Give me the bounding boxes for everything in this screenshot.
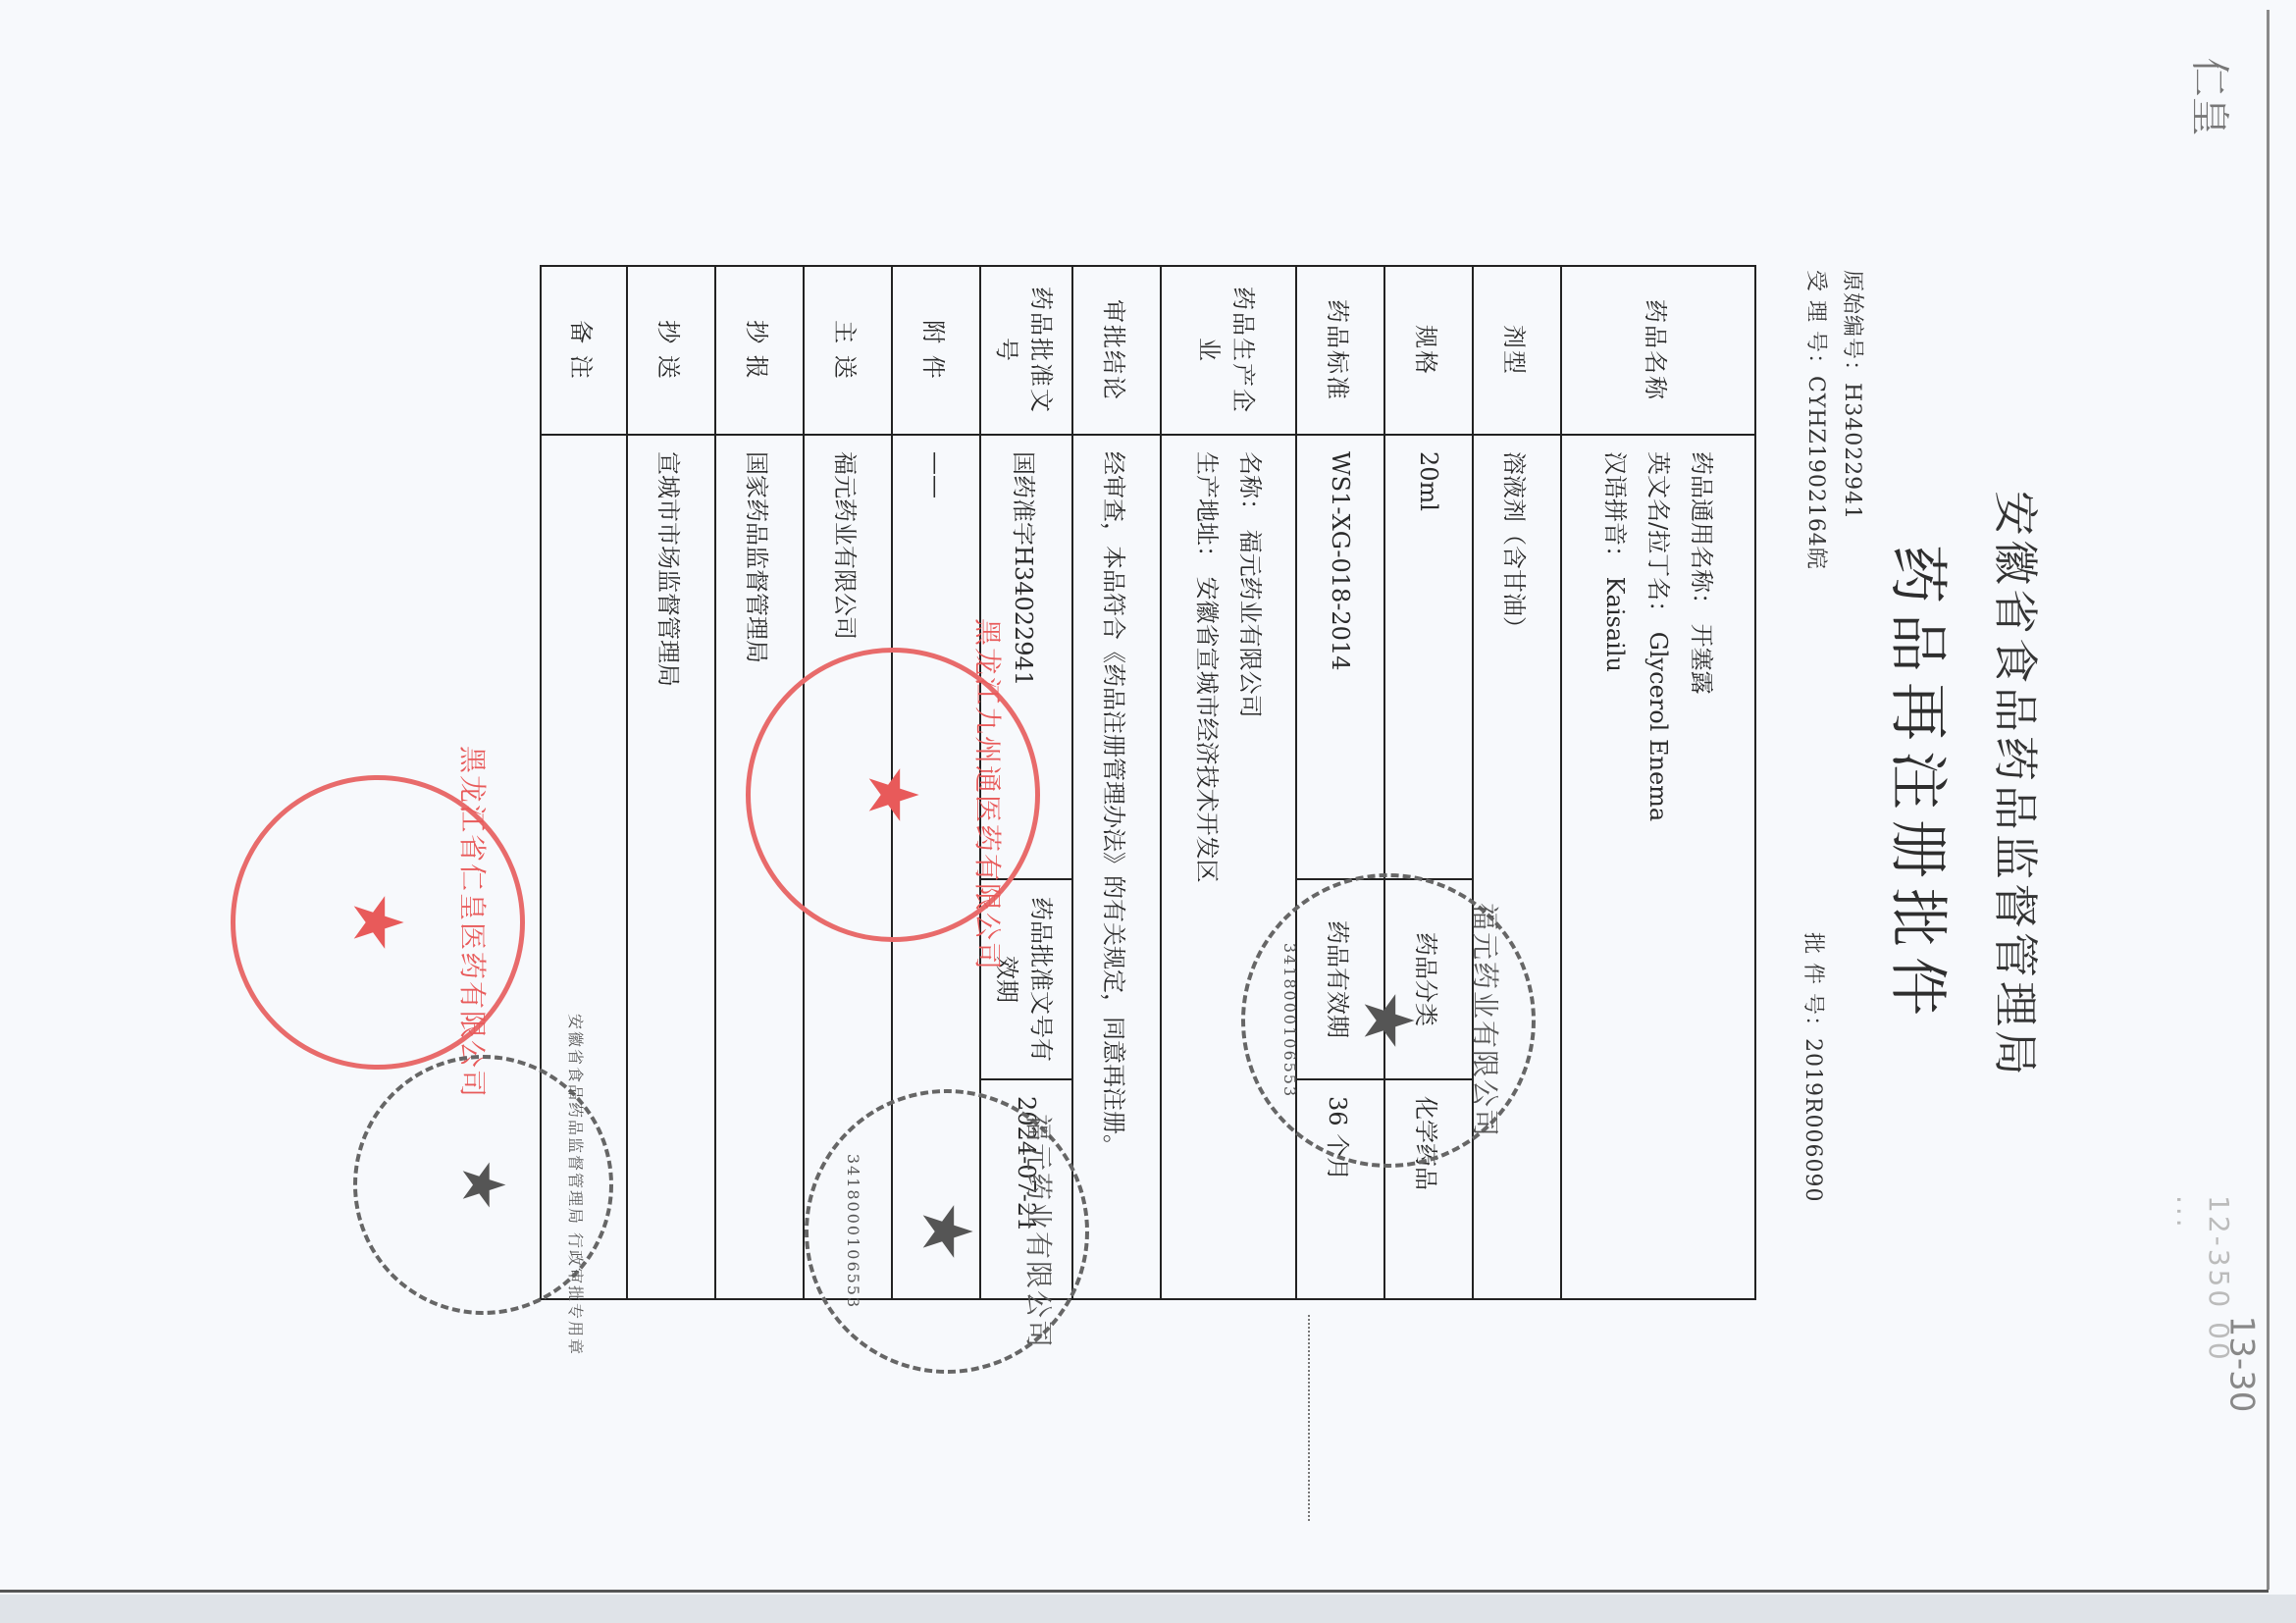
acceptance-number-label: 受 理 号： — [1803, 270, 1828, 376]
approval-table: 药品名称 药品通用名称： 开塞露 英文名/拉丁名： Glycerol Enema… — [540, 265, 1756, 1300]
cell-label: 附 件 — [892, 266, 980, 435]
row-dosage-form: 剂型 溶液剂（含甘油） — [1473, 266, 1561, 1299]
cell-label: 备 注 — [541, 266, 627, 435]
stamp-text: 福元药业有限公司 — [1467, 903, 1506, 1138]
renhuang-stamp: ★ 黑龙江省仁皇医药有限公司 — [231, 775, 525, 1070]
cell-label: 药品标准 — [1296, 266, 1384, 435]
generic-name: 药品通用名称： 开塞露 — [1680, 451, 1723, 1283]
cell-value: WS1-XG-018-2014 — [1296, 435, 1384, 879]
row-copy-to: 抄 送 宣城市市场监督管理局 — [627, 266, 715, 1299]
manufacturer-name: 名称： 福元药业有限公司 — [1228, 451, 1272, 1283]
row-manufacturer: 药品生产企业 名称： 福元药业有限公司 生产地址： 安徽省宣城市经济技术开发区 — [1161, 266, 1296, 1299]
cell-value: 药品通用名称： 开塞露 英文名/拉丁名： Glycerol Enema 汉语拼音… — [1561, 435, 1755, 1299]
approval-number-label: 批 件 号： — [1800, 932, 1825, 1038]
scan-margin — [0, 1595, 2296, 1623]
cell-label: 抄 送 — [627, 266, 715, 435]
issuing-agency: 安徽省食品药品监督管理局 — [1986, 265, 2051, 1305]
stamp-text: 黑龙江省仁皇医药有限公司 — [454, 746, 494, 1099]
original-code: 原始编号：H34022941 — [1839, 270, 1869, 520]
scan-edge-line — [0, 1590, 2269, 1593]
pinyin-name: 汉语拼音： Kaisailu — [1593, 451, 1637, 1283]
cell-label: 药品名称 — [1561, 266, 1755, 435]
stamp-serial: 3418000106553 — [1280, 943, 1299, 1098]
original-code-value: H34022941 — [1840, 383, 1864, 520]
stamp-serial: 3418000106553 — [844, 1154, 862, 1309]
cell-label: 审批结论 — [1072, 266, 1161, 435]
cell-label: 药品生产企业 — [1161, 266, 1296, 435]
jiuzhou-tong-stamp: ★ 黑龙江九州通医药有限公司 — [746, 648, 1040, 942]
stamp-text: 黑龙江九州通医药有限公司 — [969, 618, 1009, 971]
cell-value: 名称： 福元药业有限公司 生产地址： 安徽省宣城市经济技术开发区 — [1161, 435, 1296, 1299]
approval-number: 批 件 号：2019R006090 — [1800, 932, 1830, 1203]
stamp-text: 福元药业有限公司 — [1020, 1114, 1060, 1349]
row-conclusion: 审批结论 经审查，本品符合《药品注册管理办法》的有关规定，同意再注册。 — [1072, 266, 1161, 1299]
cell-label: 剂型 — [1473, 266, 1561, 435]
acceptance-number-value: CYHZ1902164皖 — [1803, 376, 1828, 570]
cell-value: 溶液剂（含甘油） — [1473, 435, 1561, 1299]
fuyuan-stamp-lower: ★ 福元药业有限公司 3418000106553 — [805, 1089, 1089, 1374]
document-title: 药品再注册批件 — [1880, 265, 1964, 1305]
cell-label: 规格 — [1384, 266, 1473, 435]
manufacturer-address: 生产地址： 安徽省宣城市经济技术开发区 — [1185, 451, 1228, 1283]
fold-crease — [1308, 1315, 1310, 1521]
handwritten-note-bottom: 13-30 — [2221, 1316, 2261, 1413]
scan-edge-line — [2267, 10, 2270, 1590]
cell-value: 20ml — [1384, 435, 1473, 879]
original-code-label: 原始编号： — [1840, 270, 1864, 383]
anhui-fda-stamp: ★ 安徽省食品药品监督管理局 行政审批专用章 — [353, 1055, 613, 1315]
stamp-text: 安徽省食品药品监督管理局 行政审批专用章 — [565, 1014, 588, 1356]
handwritten-note-top: 仁皇 — [2185, 58, 2241, 136]
fuyuan-stamp-upper: ★ 福元药业有限公司 3418000106553 — [1241, 873, 1536, 1168]
cell-value: 宣城市市场监督管理局 — [627, 435, 715, 1299]
cell-value: 经审查，本品符合《药品注册管理办法》的有关规定，同意再注册。 — [1072, 435, 1161, 1299]
cell-label: 药品批准文号 — [980, 266, 1072, 435]
acceptance-number: 受 理 号：CYHZ1902164皖 — [1802, 270, 1833, 570]
cell-label: 抄 报 — [715, 266, 804, 435]
row-drug-name: 药品名称 药品通用名称： 开塞露 英文名/拉丁名： Glycerol Enema… — [1561, 266, 1755, 1299]
english-name: 英文名/拉丁名： Glycerol Enema — [1637, 451, 1680, 1283]
approval-number-value: 2019R006090 — [1800, 1038, 1825, 1203]
cell-label: 主 送 — [804, 266, 892, 435]
